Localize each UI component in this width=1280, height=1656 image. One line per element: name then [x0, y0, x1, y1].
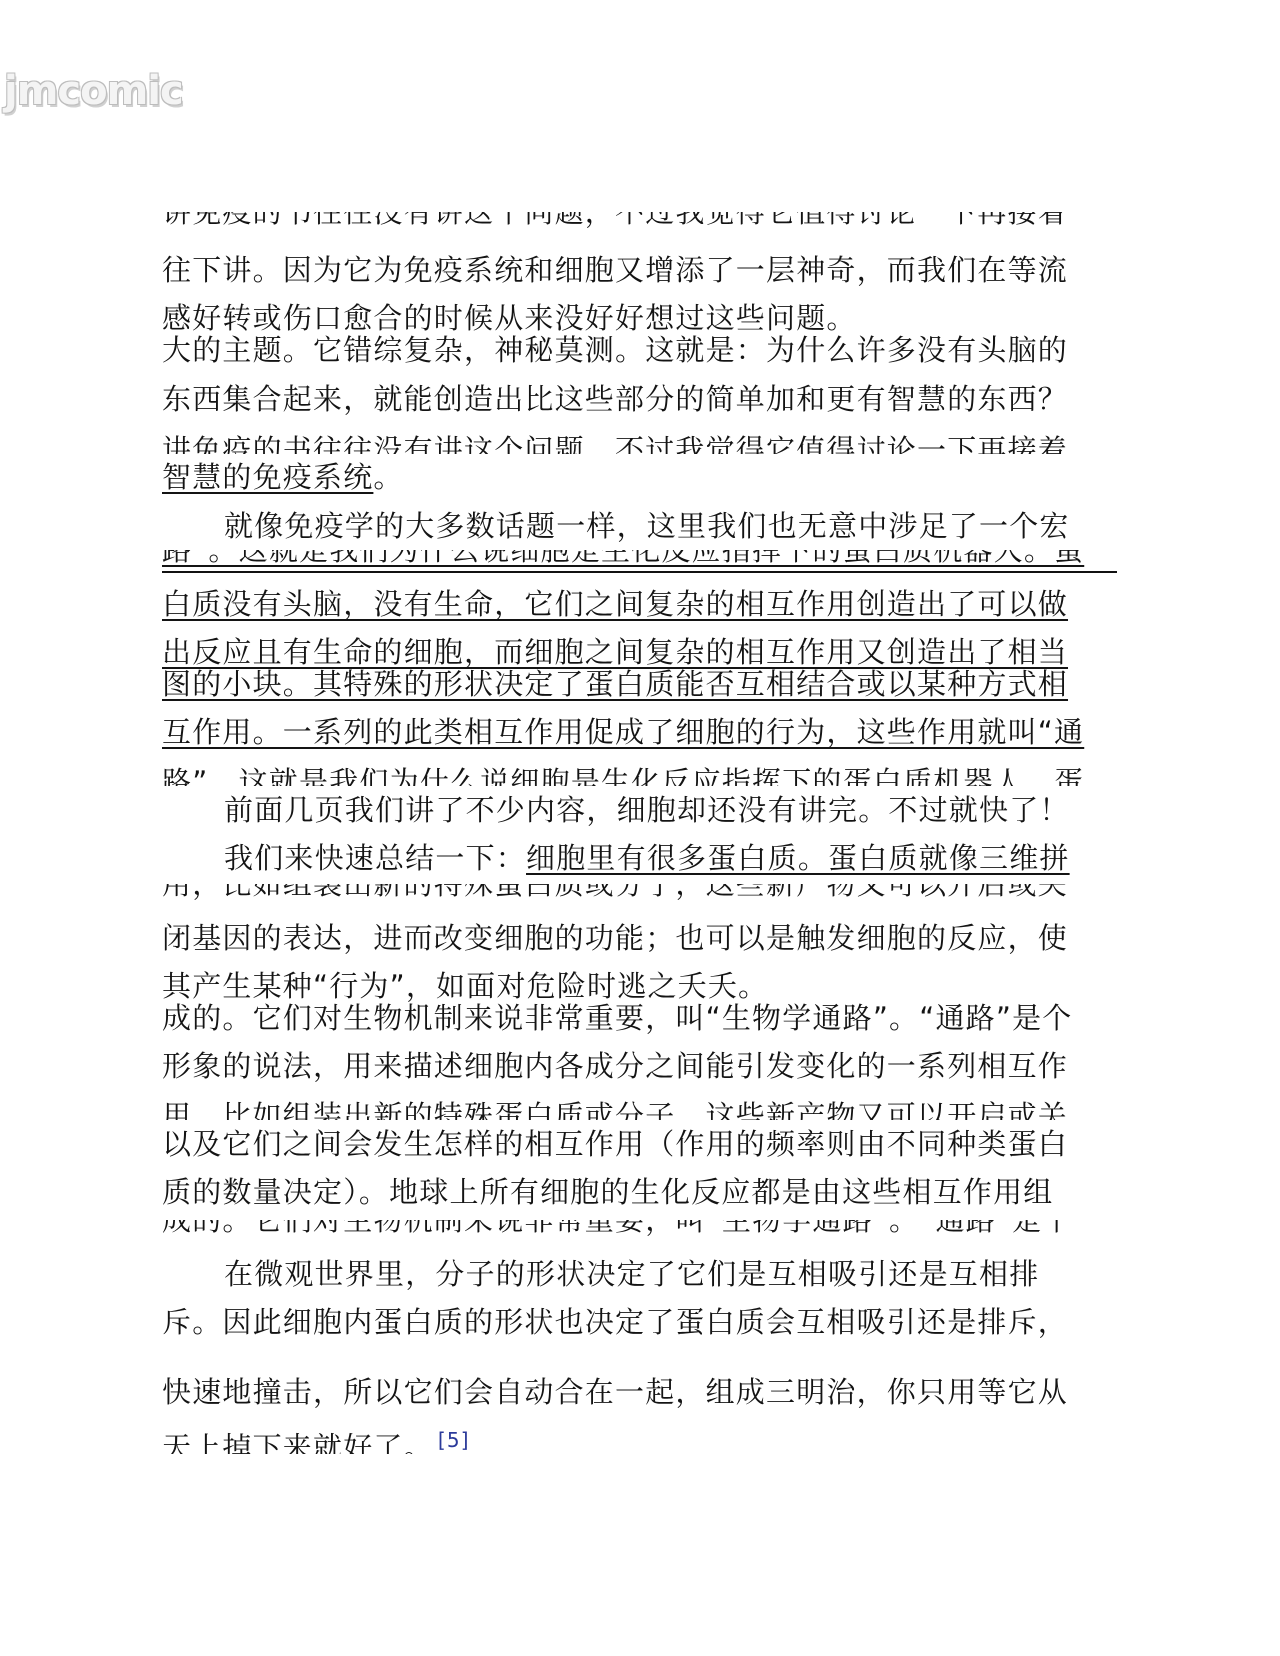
underlined-link-text[interactable]: 智慧的免疫系统 — [162, 460, 373, 494]
text-line-clipped: 成的。它们对生物机制来说非常重要，叫“生物学通路”。“通路”是个 — [162, 1220, 1122, 1242]
text-line: 斥。因此细胞内蛋白质的形状也决定了蛋白质会互相吸引还是排斥， — [162, 1302, 1122, 1342]
text-line-clipped: 路”。这就是我们为什么说细胞是生化反应指挥下的蛋白质机器人。蛋 — [162, 550, 1122, 572]
underlined-link-text[interactable]: 细胞里有很多蛋白质。蛋白质就像三维拼 — [526, 841, 1070, 875]
text-line: 在微观世界里，分子的形状决定了它们是互相吸引还是互相排 — [162, 1254, 1122, 1294]
text-line: 我们来快速总结一下：细胞里有很多蛋白质。蛋白质就像三维拼 — [162, 838, 1122, 878]
text-line-clipped: 用。比如组装出新的特殊蛋白质或分子。这些新产物又可以开启或关 — [162, 1096, 1122, 1120]
text-line: 以及它们之间会发生怎样的相互作用（作用的频率则由不同种类蛋白 — [162, 1124, 1122, 1164]
text-line-underlined: 白质没有头脑，没有生命，它们之间复杂的相互作用创造出了可以做 — [162, 584, 1122, 624]
text-line: 成的。它们对生物机制来说非常重要，叫“生物学通路”。“通路”是个 — [162, 998, 1122, 1038]
text-line: 往下讲。因为它为免疫系统和细胞又增添了一层神奇，而我们在等流 — [162, 250, 1122, 290]
text-line-clipped: 用，比如组装出新的特殊蛋白质或分子，这些新产物又可以开启或关 — [162, 884, 1122, 906]
text-line: 闭基因的表达，进而改变细胞的功能；也可以是触发细胞的反应，使 — [162, 918, 1122, 958]
text-line-clipped: 讲免疫的书往往没有讲这个问题，不过我觉得它值得讨论一下再接着 — [162, 212, 1122, 234]
watermark-logo: jmcomic — [4, 68, 183, 114]
citation-link[interactable]: [5] — [438, 1428, 470, 1452]
text-line: 前面几页我们讲了不少内容，细胞却还没有讲完。不过就快了！ — [162, 790, 1122, 830]
text-line-clipped: 天上掉下来就好了。[5] — [162, 1420, 1122, 1454]
underline-rule — [162, 571, 1117, 573]
text-line: 就像免疫学的大多数话题一样，这里我们也无意中涉足了一个宏 — [162, 506, 1122, 546]
text-line: 质的数量决定）。地球上所有细胞的生化反应都是由这些相互作用组 — [162, 1172, 1122, 1212]
text-line-underlined: 图的小块。其特殊的形状决定了蛋白质能否互相结合或以某种方式相 — [162, 664, 1122, 704]
text-line: 东西集合起来，就能创造出比这些部分的简单加和更有智慧的东西？ — [162, 379, 1122, 419]
text-line: 大的主题。它错综复杂，神秘莫测。这就是：为什么许多没有头脑的 — [162, 330, 1122, 370]
text-line-clipped: 讲免疫的书往往没有讲这个问题，不过我觉得它值得讨论一下再接着 — [162, 430, 1122, 454]
text-line-underlined: 互作用。一系列的此类相互作用促成了细胞的行为，这些作用就叫“通 — [162, 712, 1122, 752]
text-line: 形象的说法，用来描述细胞内各成分之间能引发变化的一系列相互作 — [162, 1046, 1122, 1086]
text-line: 快速地撞击，所以它们会自动合在一起，组成三明治，你只用等它从 — [162, 1372, 1122, 1412]
text-line-clipped: 路”。这就是我们为什么说细胞是生化反应指挥下的蛋白质机器人。蛋 — [162, 762, 1122, 786]
text-line-link: 智慧的免疫系统。 — [162, 457, 1122, 497]
